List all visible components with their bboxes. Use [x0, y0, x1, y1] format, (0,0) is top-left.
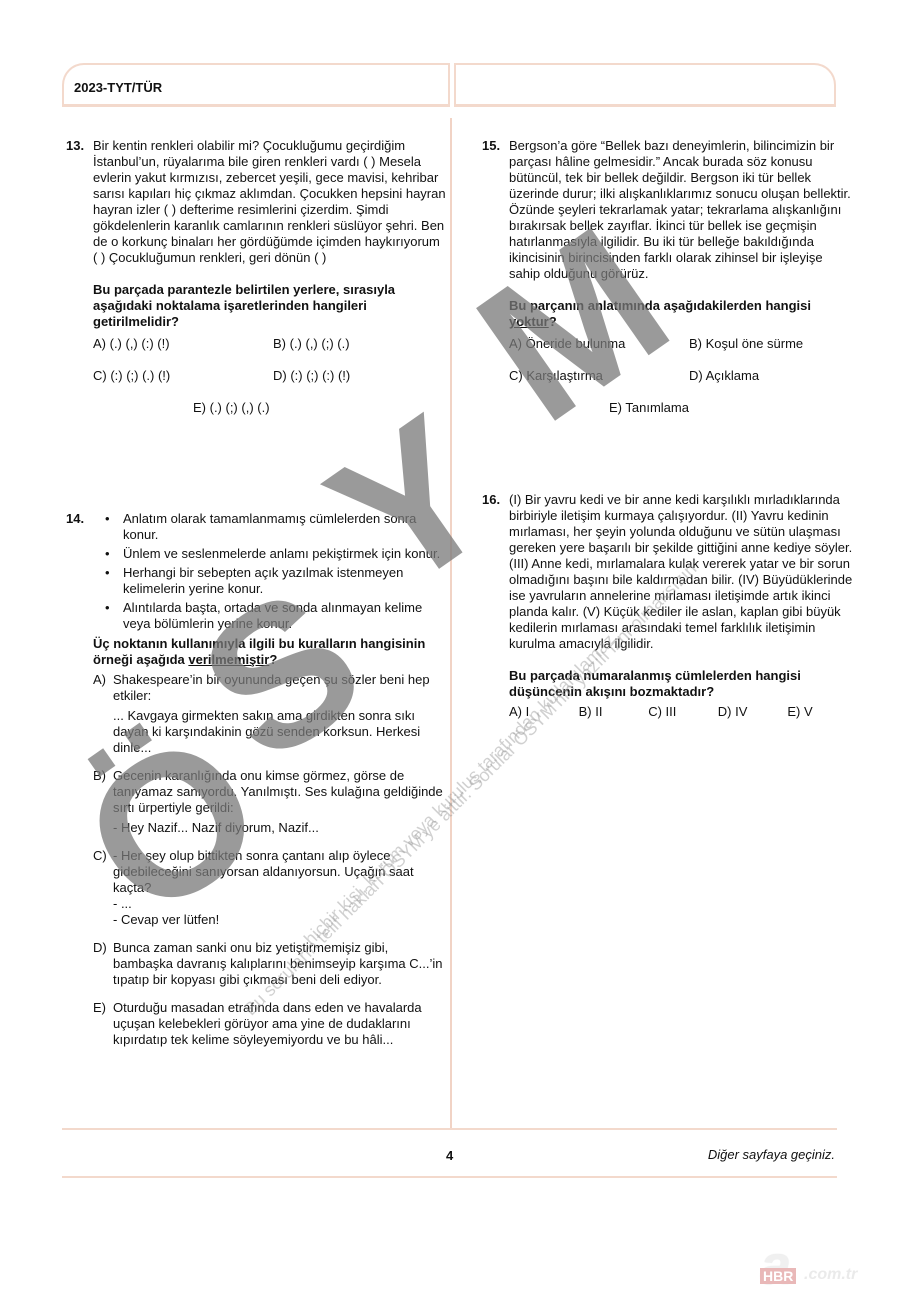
question-number: 16. — [482, 492, 500, 508]
logo-domain: .com.tr — [804, 1266, 857, 1284]
option-e[interactable]: E) V — [787, 704, 857, 720]
option-a[interactable]: A) I — [509, 704, 579, 720]
question-number: 14. — [66, 511, 84, 527]
rule-item: Alıntılarda başta, ortada ve sonda alınm… — [103, 600, 446, 632]
option-b[interactable]: B) (.) (,) (;) (.) — [273, 336, 453, 352]
option-b[interactable]: B) Koşul öne sürme — [689, 336, 869, 352]
option-c[interactable]: C) III — [648, 704, 718, 720]
emphasis-word: verilmemiştir — [188, 652, 269, 667]
option-a[interactable]: A) Öneride bulunma — [509, 336, 689, 352]
question-16: 16. (I) Bir yavru kedi ve bir anne kedi … — [482, 492, 857, 720]
next-page-note: Diğer sayfaya geçiniz. — [708, 1147, 835, 1162]
question-stem: Bu parçada parantezle belirtilen yerlere… — [93, 282, 446, 330]
logo-letter: a — [760, 1232, 791, 1297]
footer-top-rule — [62, 1128, 837, 1130]
option-b[interactable]: B) II — [579, 704, 649, 720]
question-stem: Bu parçanın anlatımında aşağıdakilerden … — [509, 298, 857, 330]
exam-title: 2023-TYT/TÜR — [74, 80, 162, 95]
page-number: 4 — [446, 1148, 453, 1163]
option-d[interactable]: D) Açıklama — [689, 368, 869, 384]
header-right-box — [454, 63, 836, 107]
option-e[interactable]: E) (.) (;) (,) (.) — [193, 400, 270, 415]
question-passage: (I) Bir yavru kedi ve bir anne kedi karş… — [509, 492, 857, 652]
header-left-box: 2023-TYT/TÜR — [62, 63, 450, 107]
option-c[interactable]: C) Karşılaştırma — [509, 368, 689, 384]
option-d[interactable]: D) IV — [718, 704, 788, 720]
question-stem: Üç noktanın kullanımıyla ilgili bu kural… — [93, 636, 446, 668]
rule-item: Anlatım olarak tamamlanmamış cümlelerden… — [103, 511, 446, 543]
question-number: 15. — [482, 138, 500, 154]
option-a[interactable]: A) (.) (,) (:) (!) — [93, 336, 273, 352]
option-c[interactable]: C) (:) (;) (.) (!) — [93, 368, 273, 384]
logo-brand: HBR — [760, 1268, 796, 1284]
option-c[interactable]: C) - Her şey olup bittikten sonra çantan… — [93, 848, 446, 928]
question-14: 14. Anlatım olarak tamamlanmamış cümlele… — [66, 511, 446, 1048]
footer-bottom-rule — [62, 1176, 837, 1178]
option-e[interactable]: E) Oturduğu masadan etrafında dans eden … — [93, 1000, 446, 1048]
option-e[interactable]: E) Tanımlama — [609, 400, 689, 415]
question-13: 13. Bir kentin renkleri olabilir mi? Çoc… — [66, 138, 446, 416]
column-divider — [450, 118, 452, 1128]
question-15: 15. Bergson’a göre “Bellek bazı deneyiml… — [482, 138, 857, 416]
option-a[interactable]: A) Shakespeare’in bir oyununda geçen şu … — [93, 672, 446, 756]
question-passage: Bir kentin renkleri olabilir mi? Çocuklu… — [93, 138, 446, 266]
option-d[interactable]: D) Bunca zaman sanki onu biz yetiştirmem… — [93, 940, 446, 988]
option-d[interactable]: D) (:) (;) (:) (!) — [273, 368, 453, 384]
emphasis-word: yoktur — [509, 314, 549, 329]
hbr-logo: a HBR .com.tr — [760, 1232, 880, 1292]
question-stem: Bu parçada numaralanmış cümlelerden hang… — [509, 668, 857, 700]
option-b[interactable]: B) Gecenin karanlığında onu kimse görmez… — [93, 768, 446, 836]
rule-item: Ünlem ve seslenmelerde anlamı pekiştirme… — [103, 546, 446, 562]
rule-item: Herhangi bir sebepten açık yazılmak iste… — [103, 565, 446, 597]
rule-list: Anlatım olarak tamamlanmamış cümlelerden… — [103, 511, 446, 632]
question-passage: Bergson’a göre “Bellek bazı deneyimlerin… — [509, 138, 857, 282]
question-number: 13. — [66, 138, 84, 154]
